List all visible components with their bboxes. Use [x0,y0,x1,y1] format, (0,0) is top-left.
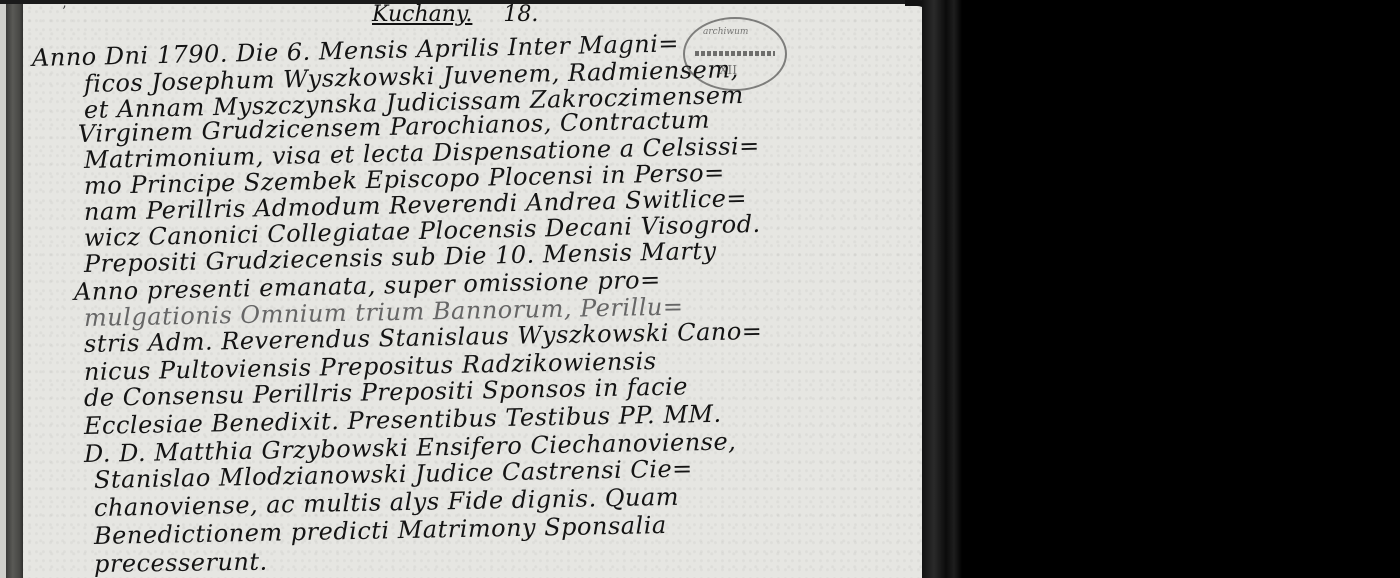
book-right-edge [922,0,962,578]
margin-mark: ’ [62,4,66,20]
book-binding [6,0,23,578]
scan-background: ’ Kuchany. 18. archiwum XII Anno Dni 179… [0,0,1400,578]
page-header: Kuchany. 18. [372,2,538,27]
entry-number: 18. [503,2,538,27]
manuscript-page: ’ Kuchany. 18. archiwum XII Anno Dni 179… [0,0,930,578]
text-line: precesserunt. [94,548,268,578]
stamp-text: archiwum [703,27,748,37]
village-name: Kuchany. [372,2,472,27]
